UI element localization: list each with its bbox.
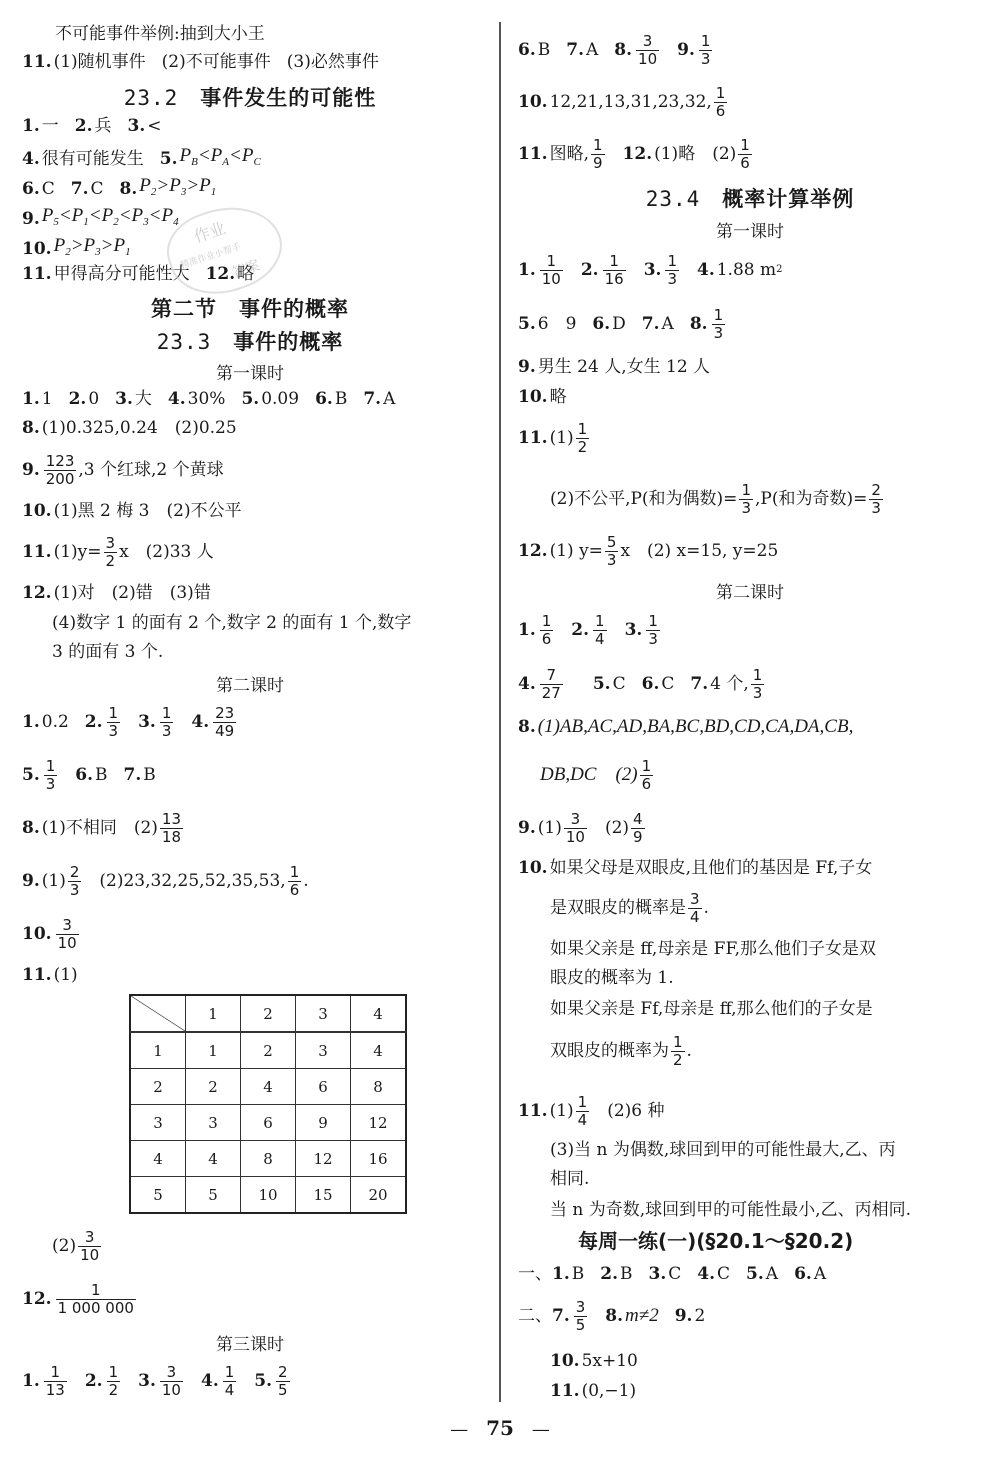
table-row: 2 2 4 6 8 <box>130 1069 406 1105</box>
numerator: 4 <box>631 811 645 828</box>
question-number: 1. <box>518 619 536 641</box>
footer-dash: — <box>450 1419 468 1440</box>
answer-row: 11.(1) 12 <box>518 420 591 456</box>
fraction: 123200 <box>44 453 77 488</box>
answer: C <box>668 1263 681 1285</box>
answer: (1) <box>550 427 574 449</box>
question-number: 10. <box>518 857 548 879</box>
answer-key-page: 不可能事件举例:抽到大小王 11. (1)随机事件 (2)不可能事件 (3)必然… <box>0 0 1000 1464</box>
question-number: 11. <box>518 427 548 449</box>
table-cell: 4 <box>351 1032 407 1069</box>
answer: 1 <box>42 388 53 410</box>
question-number: 6. <box>518 39 536 61</box>
question-number: 3. <box>138 1370 156 1392</box>
table-header-cell: 2 <box>241 995 296 1032</box>
superscript: 2 <box>776 259 782 281</box>
answer: . <box>704 897 709 919</box>
lesson-heading: 第三课时 <box>0 1330 500 1355</box>
answer-row: 12. 11 000 000 <box>22 1281 138 1317</box>
answer: 眼皮的概率为 1. <box>550 967 674 989</box>
answer-row: 4. 727 5.C 6.C 7.4 个, 13 <box>518 666 766 702</box>
fraction: 13 <box>739 482 753 517</box>
table-cell: 3 <box>186 1105 241 1141</box>
numerator: 1 <box>89 1282 103 1299</box>
table-row: 5 5 10 15 20 <box>130 1177 406 1214</box>
question-number: 1. <box>22 388 40 410</box>
table-cell: 10 <box>241 1177 296 1214</box>
chapter-heading: 第二节 事件的概率 <box>0 293 500 323</box>
question-number: 7. <box>642 313 660 335</box>
answer: (1)AB,AC,AD,BA,BC,BD,CD,CA,DA,CB, <box>538 716 854 738</box>
question-number: 5. <box>518 313 536 335</box>
answer: (2)23,32,25,52,35,53, <box>99 870 285 892</box>
q11-prev: 11. (1)随机事件 (2)不可能事件 (3)必然事件 <box>22 51 379 73</box>
footer-dash: — <box>532 1419 550 1440</box>
answer: (1) <box>538 817 562 839</box>
question-number: 11. <box>518 1100 548 1122</box>
answer: ,3 个红球,2 个黄球 <box>78 459 223 481</box>
table-header-cell: 3 <box>296 995 351 1032</box>
fraction: 13 <box>646 613 660 648</box>
fraction: 13 <box>665 253 679 288</box>
denominator: 3 <box>665 270 679 288</box>
question-number: 2. <box>69 388 87 410</box>
denominator: 13 <box>44 1381 67 1399</box>
answer: 如果父母是双眼皮,且他们的基因是 Ff,子女 <box>550 857 873 879</box>
numerator: 3 <box>688 891 702 908</box>
question-number: 11. <box>22 964 52 986</box>
fraction: 727 <box>540 667 563 702</box>
weekly-practice-heading: 每周一练(一)(§20.1～§20.2) <box>578 1230 853 1252</box>
answer-continuation: 如果父亲是 Ff,母亲是 ff,那么他们的子女是 <box>550 998 873 1020</box>
denominator: 2 <box>576 438 590 456</box>
math-expression: P5<P1<P2<P3<P4 <box>42 205 179 233</box>
numerator: 1 <box>646 613 660 630</box>
fraction: 16 <box>738 137 752 172</box>
table-row: 1 1 2 3 4 <box>130 1032 406 1069</box>
section-heading-23-3: 23.3事件的概率 <box>0 326 500 356</box>
lesson-heading: 第二课时 <box>500 578 1000 603</box>
answer: 很有可能发生 <box>42 148 144 170</box>
answer: (2) <box>52 1235 76 1257</box>
denominator: 6 <box>640 775 654 793</box>
answer: m≠2 <box>625 1305 659 1327</box>
answer: (1) <box>42 870 66 892</box>
answer: (1) <box>54 964 78 986</box>
question-number: 1. <box>22 1370 40 1392</box>
answer-row: 9. 123200 ,3 个红球,2 个黄球 <box>22 452 224 488</box>
numerator: 1 <box>576 1094 590 1111</box>
table-cell: 20 <box>351 1177 407 1214</box>
question-number: 9. <box>675 1305 693 1327</box>
answer-row: 8.(1)AB,AC,AD,BA,BC,BD,CD,CA,DA,CB, <box>518 716 853 738</box>
denominator: 3 <box>699 50 713 68</box>
numerator: 1 <box>545 253 559 270</box>
question-number: 11. <box>22 51 52 73</box>
answer: B <box>335 388 348 410</box>
answer: A <box>766 1263 778 1285</box>
answer-continuation: (2)不公平,P(和为偶数)= 13 ,P(和为奇数)= 23 <box>550 481 885 517</box>
question-number: 10. <box>518 386 548 408</box>
question-number: 7. <box>566 39 584 61</box>
answer: A <box>383 388 395 410</box>
table-header-row: 1 2 3 4 <box>130 995 406 1032</box>
answer-row: 5. 13 6.B 7.B <box>22 757 156 793</box>
denominator: 4 <box>593 630 607 648</box>
question-number: 4. <box>22 148 40 170</box>
fraction: 310 <box>56 917 79 952</box>
page-footer: —75— <box>0 1416 1000 1440</box>
answer: 双眼皮的概率为 <box>550 1040 669 1062</box>
table-row: 3 3 6 9 12 <box>130 1105 406 1141</box>
fraction: 13 <box>751 667 765 702</box>
answer: 男生 24 人,女生 12 人 <box>538 356 710 378</box>
answer: 图略, <box>550 143 589 165</box>
answer: 0 <box>88 388 99 410</box>
answer: 6 9 <box>538 313 577 335</box>
question-number: 7. <box>552 1305 570 1327</box>
answer-row: 12.(1)对 (2)错 (3)错 <box>22 582 211 604</box>
numerator: 1 <box>540 613 554 630</box>
numerator: 23 <box>213 705 236 722</box>
question-number: 5. <box>254 1370 272 1392</box>
question-number: 11. <box>518 143 548 165</box>
fraction: 35 <box>574 1299 588 1334</box>
answer-row: 9.(1) 310 (2) 49 <box>518 810 647 846</box>
fraction: 49 <box>631 811 645 846</box>
question-number: 4. <box>191 711 209 733</box>
denominator: 5 <box>276 1381 290 1399</box>
question-number: 6. <box>794 1263 812 1285</box>
numerator: 1 <box>640 758 654 775</box>
fraction: 16 <box>640 758 654 793</box>
math-expression: P2>P3>P1 <box>139 175 216 203</box>
answer-row: 10.如果父母是双眼皮,且他们的基因是 Ff,子女 <box>518 857 872 879</box>
answer-continuation: DB,DC (2) 16 <box>540 757 655 793</box>
denominator: 16 <box>603 270 626 288</box>
fraction: 34 <box>688 891 702 926</box>
answer: (1)0.325,0.24 (2)0.25 <box>42 417 237 439</box>
numerator: 1 <box>607 253 621 270</box>
page-number: 75 <box>486 1416 514 1440</box>
question-number: 2. <box>581 259 599 281</box>
answer: 2 <box>694 1305 705 1327</box>
numerator: 1 <box>160 705 174 722</box>
answer: x (2)33 人 <box>119 541 214 563</box>
question-number: 11. <box>22 541 52 563</box>
numerator: 3 <box>83 1229 97 1246</box>
fraction: 53 <box>605 534 619 569</box>
answer-row: 4.很有可能发生 5. PB<PA<PC <box>22 145 261 173</box>
answer: (1)黑 2 梅 3 (2)不公平 <box>54 500 242 522</box>
answer: < <box>147 115 161 137</box>
section-title: 概率计算举例 <box>722 187 854 211</box>
answer-row: 1. 16 2. 14 3. 13 <box>518 612 662 648</box>
fraction: 13 <box>699 33 713 68</box>
numerator: 1 <box>665 253 679 270</box>
answer-row: 8.(1)不相同 (2) 1318 <box>22 810 185 846</box>
numerator: 3 <box>165 1364 179 1381</box>
answer-part: (1)随机事件 <box>54 51 146 73</box>
question-number: 6. <box>315 388 333 410</box>
answer: A <box>586 39 598 61</box>
answer-continuation: (3)当 n 为偶数,球回到甲的可能性最大,乙、丙 <box>550 1139 896 1161</box>
table-cell: 4 <box>241 1069 296 1105</box>
answer: . <box>303 870 308 892</box>
numerator: 123 <box>44 453 77 470</box>
numerator: 3 <box>641 33 655 50</box>
question-number: 2. <box>85 711 103 733</box>
denominator: 10 <box>636 50 659 68</box>
fraction: 12 <box>576 421 590 456</box>
question-number: 9. <box>518 817 536 839</box>
answer: 相同. <box>550 1168 589 1190</box>
answer-row: 1. 110 2. 116 3. 13 4.1.88 m2 <box>518 252 783 288</box>
section-title: 事件的概率 <box>233 330 343 354</box>
part-label: 一、 <box>518 1263 552 1285</box>
watermark-text: 答案 <box>229 255 262 283</box>
answer-row: 11.(1) <box>22 964 78 986</box>
answer: 5x+10 <box>582 1350 638 1372</box>
table-cell: 8 <box>351 1069 407 1105</box>
numerator: 1 <box>714 85 728 102</box>
answer: 大 <box>135 388 152 410</box>
answer-row: 1.1 2.0 3.大 4.30% 5.0.09 6.B 7.A <box>22 388 395 410</box>
denominator: 27 <box>540 684 563 702</box>
denominator: 4 <box>576 1111 590 1129</box>
fraction: 16 <box>288 864 302 899</box>
question-number: 3. <box>128 115 146 137</box>
answer-continuation: (4)数字 1 的面有 2 个,数字 2 的面有 1 个,数字 <box>52 612 411 634</box>
answer-row: 11. (1)y= 32 x (2)33 人 <box>22 534 214 570</box>
numerator: 1 <box>49 1364 63 1381</box>
denominator: 3 <box>160 722 174 740</box>
numerator: 1 <box>107 705 121 722</box>
answer-row: 9.(1) 23 (2)23,32,25,52,35,53, 16. <box>22 863 309 899</box>
question-number: 10. <box>22 238 52 260</box>
question-number: 9. <box>677 39 695 61</box>
fraction: 113 <box>44 1364 67 1399</box>
answer: 12,21,13,31,23,32, <box>550 91 712 113</box>
question-number: 12. <box>623 143 653 165</box>
question-number: 9. <box>22 208 40 230</box>
denominator: 49 <box>213 722 236 740</box>
denominator: 10 <box>540 270 563 288</box>
answer: . <box>687 1040 692 1062</box>
denominator: 1 000 000 <box>56 1299 136 1317</box>
answer: (1)y= <box>54 541 102 563</box>
numerator: 2 <box>869 482 883 499</box>
answer: C <box>661 673 674 695</box>
answer-continuation: 如果父亲是 ff,母亲是 FF,那么他们子女是双 <box>550 938 876 960</box>
answer: (1) <box>550 1100 574 1122</box>
answer-row: 一、 1.B 2.B 3.C 4.C 5.A 6.A <box>518 1263 826 1285</box>
table-cell: 5 <box>186 1177 241 1214</box>
answer-row: 6.C 7.C 8. P2>P3>P1 <box>22 175 216 203</box>
fraction: 310 <box>78 1229 101 1264</box>
answer: x (2) x=15, y=25 <box>620 540 778 562</box>
answer: (3)当 n 为偶数,球回到甲的可能性最大,乙、丙 <box>550 1139 896 1161</box>
question-number: 7. <box>124 764 142 786</box>
question-number: 10. <box>22 923 52 945</box>
fraction: 1318 <box>160 811 183 846</box>
denominator: 10 <box>56 934 79 952</box>
fraction: 116 <box>603 253 626 288</box>
answer: 1.88 m <box>717 259 776 281</box>
denominator: 3 <box>605 551 619 569</box>
answer: 当 n 为奇数,球回到甲的可能性最小,乙、丙相同. <box>550 1199 911 1221</box>
chapter-title: 第二节 事件的概率 <box>151 297 349 321</box>
question-number: 7. <box>690 673 708 695</box>
question-number: 3. <box>649 1263 667 1285</box>
question-number: 8. <box>120 178 138 200</box>
denominator: 3 <box>712 324 726 342</box>
section-number: 23.3 <box>157 330 212 354</box>
answer: 4 个, <box>710 673 749 695</box>
fraction: 19 <box>591 137 605 172</box>
numerator: 3 <box>574 1299 588 1316</box>
denominator: 10 <box>78 1246 101 1264</box>
lesson-heading: 第一课时 <box>0 359 500 384</box>
fraction: 14 <box>223 1364 237 1399</box>
answer: 甲得高分可能性大 <box>54 263 190 285</box>
denominator: 3 <box>107 722 121 740</box>
question-number: 10. <box>550 1350 580 1372</box>
answer-continuation: 眼皮的概率为 1. <box>550 967 674 989</box>
question-number: 1. <box>518 259 536 281</box>
fraction: 14 <box>593 613 607 648</box>
question-number: 10. <box>22 500 52 522</box>
fraction: 2349 <box>213 705 236 740</box>
question-number: 2. <box>85 1370 103 1392</box>
answer: B <box>538 39 551 61</box>
question-number: 12. <box>22 1288 52 1310</box>
numerator: 1 <box>751 667 765 684</box>
denominator: 9 <box>631 828 645 846</box>
fraction: 12 <box>671 1034 685 1069</box>
numerator: 3 <box>104 535 118 552</box>
question-number: 8. <box>22 417 40 439</box>
answer-continuation: 相同. <box>550 1168 589 1190</box>
denominator: 4 <box>688 908 702 926</box>
answer-continuation: 是双眼皮的概率是 34. <box>550 890 709 926</box>
table-cell: 12 <box>351 1105 407 1141</box>
question-number: 6. <box>642 673 660 695</box>
numerator: 1 <box>593 613 607 630</box>
answer: B <box>95 764 108 786</box>
answer-continuation: 双眼皮的概率为 12. <box>550 1033 692 1069</box>
question-number: 8. <box>22 817 40 839</box>
answer: D <box>612 313 626 335</box>
intro-text: 不可能事件举例:抽到大小王 <box>55 23 265 45</box>
answer: A <box>662 313 674 335</box>
question-number: 8. <box>614 39 632 61</box>
table-cell: 6 <box>241 1105 296 1141</box>
answer-row: 10. 310 <box>22 916 81 952</box>
question-number: 12. <box>518 540 548 562</box>
lesson-title: 第一课时 <box>716 222 784 242</box>
question-number: 1. <box>22 115 40 137</box>
section-number: 23.4 <box>646 187 701 211</box>
answer-row: 10.(1)黑 2 梅 3 (2)不公平 <box>22 500 242 522</box>
table-cell: 5 <box>130 1177 186 1214</box>
answer-row: 9.男生 24 人,女生 12 人 <box>518 356 710 378</box>
denominator: 5 <box>574 1316 588 1334</box>
question-number: 9. <box>22 459 40 481</box>
denominator: 2 <box>671 1051 685 1069</box>
answer: 3 的面有 3 个. <box>52 641 163 663</box>
table-cell: 4 <box>130 1141 186 1177</box>
question-number: 5. <box>593 673 611 695</box>
question-number: 5. <box>241 388 259 410</box>
question-number: 4. <box>201 1370 219 1392</box>
denominator: 3 <box>751 684 765 702</box>
denominator: 3 <box>646 630 660 648</box>
numerator: 7 <box>545 667 559 684</box>
answer: (4)数字 1 的面有 2 个,数字 2 的面有 1 个,数字 <box>52 612 411 634</box>
section-title: 事件发生的可能性 <box>200 86 376 110</box>
lesson-title: 第一课时 <box>216 364 284 384</box>
question-number: 6. <box>592 313 610 335</box>
question-number: 7. <box>363 388 381 410</box>
denominator: 6 <box>540 630 554 648</box>
denominator: 200 <box>44 470 77 488</box>
lesson-title: 第二课时 <box>216 676 284 696</box>
table-header-cell: 4 <box>351 995 407 1032</box>
question-number: 12. <box>22 582 52 604</box>
answer: 略 <box>550 386 567 408</box>
question-number: 10. <box>518 91 548 113</box>
answer: (1) y= <box>550 540 603 562</box>
question-number: 3. <box>138 711 156 733</box>
answer: ,P(和为奇数)= <box>755 488 867 510</box>
fraction: 110 <box>540 253 563 288</box>
product-table: 1 2 3 4 1 1 2 3 4 2 2 4 6 8 3 3 6 9 12 4 <box>129 994 407 1214</box>
answer-part: (3)必然事件 <box>287 51 379 73</box>
denominator: 6 <box>738 154 752 172</box>
numerator: 13 <box>160 811 183 828</box>
answer: 0.2 <box>42 711 69 733</box>
answer: (1)对 (2)错 (3)错 <box>54 582 211 604</box>
question-number: 4. <box>518 673 536 695</box>
math-expression: P2>P3>P1 <box>54 235 131 263</box>
section-heading-23-2: 23.2事件发生的可能性 <box>0 82 500 112</box>
table-cell: 8 <box>241 1141 296 1177</box>
denominator: 2 <box>104 552 118 570</box>
answer-row: 12.(1) y= 53 x (2) x=15, y=25 <box>518 533 778 569</box>
numerator: 1 <box>739 482 753 499</box>
table-cell: 1 <box>186 1032 241 1069</box>
denominator: 18 <box>160 828 183 846</box>
question-number: 3. <box>644 259 662 281</box>
answer: DB,DC (2) <box>540 764 638 786</box>
numerator: 1 <box>576 421 590 438</box>
answer: (1)略 (2) <box>654 143 736 165</box>
lesson-heading: 第二课时 <box>0 671 500 696</box>
question-number: 2. <box>600 1263 618 1285</box>
fraction: 13 <box>160 705 174 740</box>
answer: B <box>620 1263 633 1285</box>
fraction: 16 <box>540 613 554 648</box>
answer: (2) <box>605 817 629 839</box>
denominator: 6 <box>714 102 728 120</box>
table-corner-cell <box>130 995 186 1032</box>
numerator: 3 <box>60 917 74 934</box>
fraction: 310 <box>160 1364 183 1399</box>
numerator: 1 <box>44 758 58 775</box>
table-cell: 3 <box>130 1105 186 1141</box>
answer: B <box>572 1263 585 1285</box>
